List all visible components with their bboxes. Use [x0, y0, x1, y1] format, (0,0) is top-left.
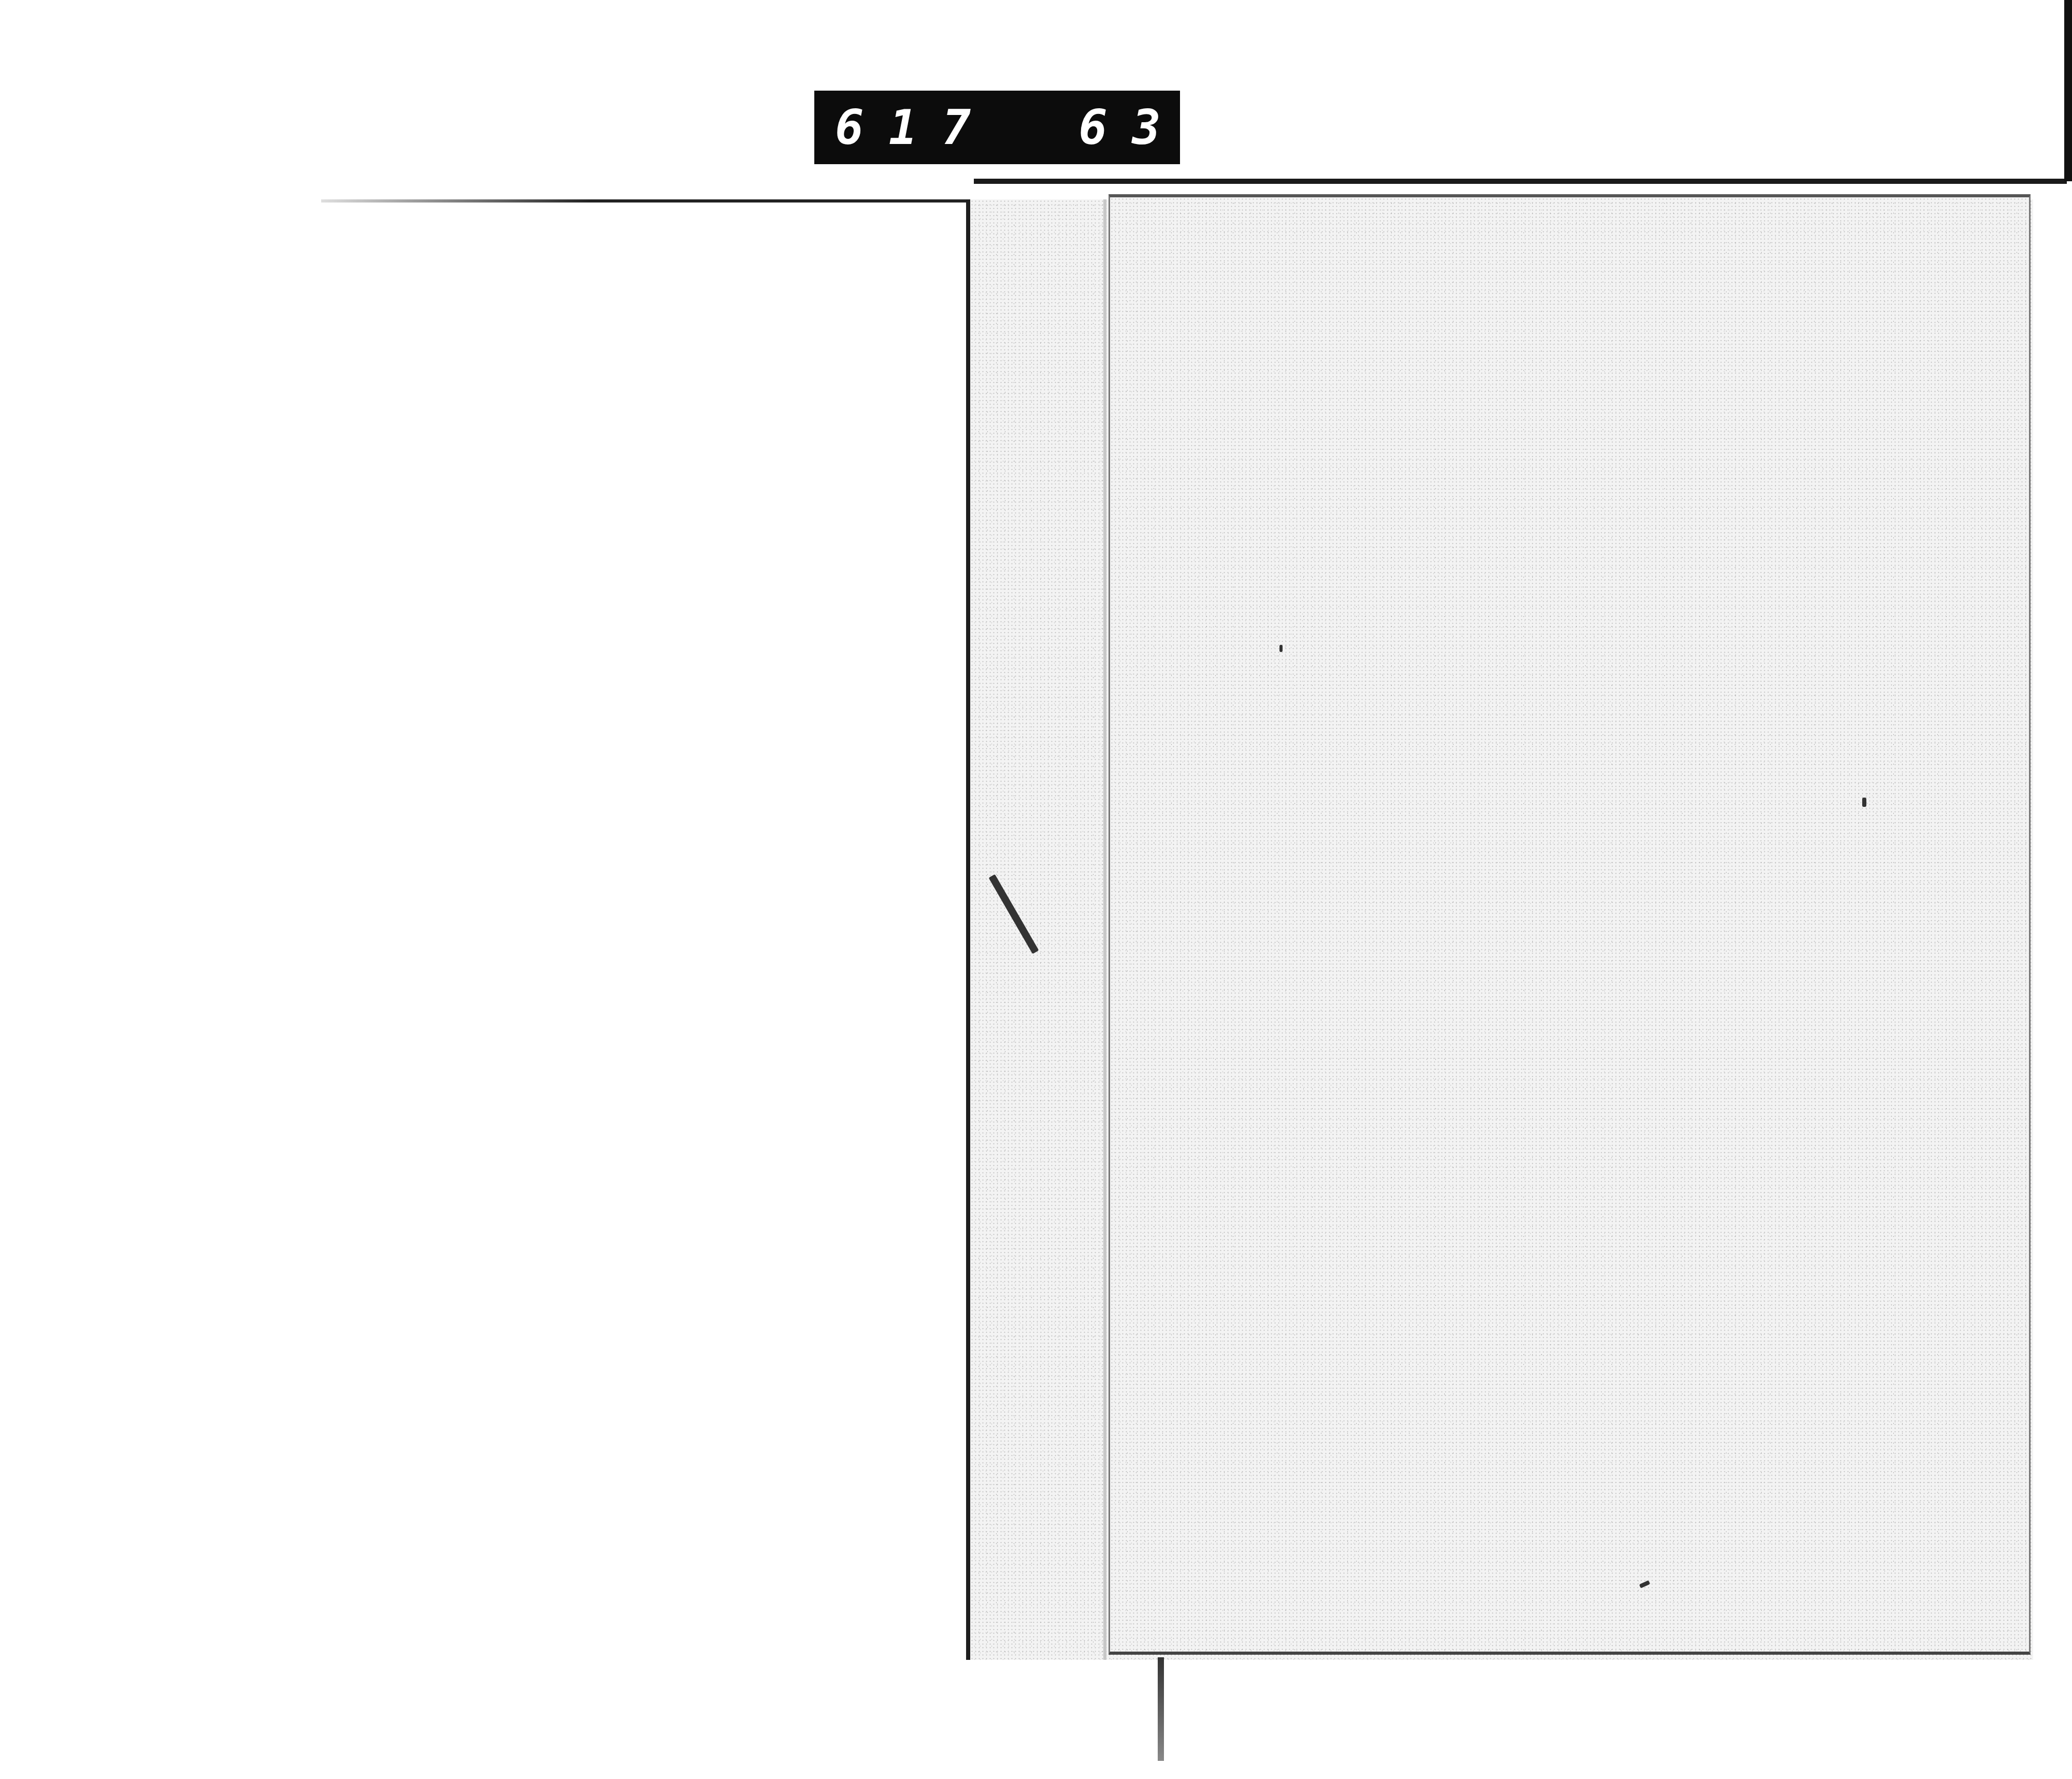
frame-label: 617 634.	[814, 91, 1180, 164]
right-edge	[2064, 0, 2072, 181]
ink-mark	[1279, 645, 1283, 652]
top-rule	[321, 199, 995, 203]
frame-label-right-number: 634.	[1078, 100, 1293, 155]
frame-label-left-number: 617	[835, 100, 996, 155]
page-lower-edge	[1158, 1657, 1164, 1761]
ink-mark	[1862, 798, 1866, 807]
top-rule-right	[974, 179, 2067, 184]
scanned-page-inner	[1109, 194, 2031, 1655]
page-spine	[1103, 199, 1106, 1660]
